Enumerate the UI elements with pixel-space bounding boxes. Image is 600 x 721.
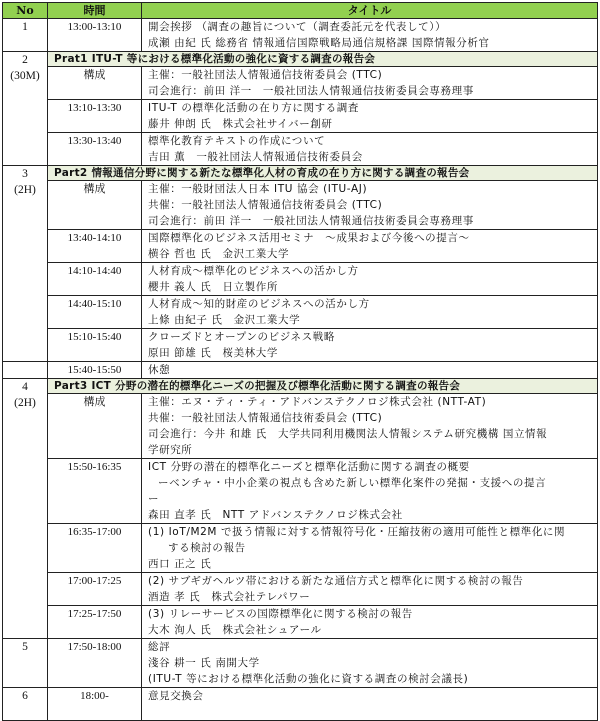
row-time: 15:50-16:35 (48, 459, 142, 524)
table-row: 13:10-13:30 ITU-T の標準化活動の在り方に関する調査 藤井 伸朗… (3, 100, 598, 133)
row-title: 主催：一般財団法人日本 ITU 協会 (ITU-AJ) 共催：一般社団法人情報通… (142, 181, 598, 230)
co-organizer-line: 共催：一般社団法人情報通信技術委員会 (TTC) (148, 410, 591, 426)
row-title: 主催：一般社団法人情報通信技術委員会 (TTC) 司会進行：前田 洋一 一般社団… (142, 67, 598, 100)
title-line: (1) IoT/M2M で扱う情報に対する情報符号化・圧縮技術の適用可能性と標準… (148, 524, 591, 540)
part-title: Part3 ICT 分野の潜在的標準化ニーズの把握及び標準化活動に関する調査の報… (48, 379, 598, 394)
speaker-line: 吉田 薫 一般社団法人情報通信技術委員会 (148, 149, 591, 165)
table-row: 構成 主催：一般社団法人情報通信技術委員会 (TTC) 司会進行：前田 洋一 一… (3, 67, 598, 100)
row-title: ITU-T の標準化活動の在り方に関する調査 藤井 伸朗 氏 株式会社サイバー創… (142, 100, 598, 133)
organizer-line: 主催：一般財団法人日本 ITU 協会 (ITU-AJ) (148, 181, 591, 197)
header-no: No (3, 3, 48, 19)
row-title: 人材育成～知的財産のビジネスへの活かし方 上條 由紀子 氏 金沢工業大学 (142, 296, 598, 329)
title-line: ICT 分野の潜在的標準化ニーズと標準化活動に関する調査の概要 (148, 459, 591, 475)
row-time: 15:40-15:50 (48, 362, 142, 379)
speaker-line: 原田 節雄 氏 桜美林大学 (148, 345, 591, 361)
row-time: 13:30-13:40 (48, 133, 142, 166)
part-title: Prat1 ITU-T 等における標準化活動の強化に資する調査の報告会 (48, 52, 598, 67)
table-row: 1 13:00-13:10 開会挨拶 （調査の趣旨について（調査委託元を代表して… (3, 19, 598, 52)
row-title: ICT 分野の潜在的標準化ニーズと標準化活動に関する調査の概要 ーベンチャ・中小… (142, 459, 598, 524)
title-line: ITU-T の標準化活動の在り方に関する調査 (148, 100, 591, 116)
row-time: 14:10-14:40 (48, 263, 142, 296)
title-line: 人材育成～標準化のビジネスへの活かし方 (148, 263, 591, 279)
table-row: 14:10-14:40 人材育成～標準化のビジネスへの活かし方 櫻井 義人 氏 … (3, 263, 598, 296)
moderator-line: 司会進行：前田 洋一 一般社団法人情報通信技術委員会専務理事 (148, 213, 591, 229)
table-header-row: No 時間 タイトル (3, 3, 598, 19)
section-duration: (2H) (3, 182, 47, 198)
table-row: 構成 主催：一般財団法人日本 ITU 協会 (ITU-AJ) 共催：一般社団法人… (3, 181, 598, 230)
speaker-line: 成瀬 由紀 氏 総務省 情報通信国際戦略局通信規格課 国際情報分析官 (148, 35, 591, 51)
section-part-row: 2 (30M) Prat1 ITU-T 等における標準化活動の強化に資する調査の… (3, 52, 598, 67)
title-line-cont: する検討の報告 (148, 540, 591, 556)
moderator-line: 司会進行：前田 洋一 一般社団法人情報通信技術委員会専務理事 (148, 83, 591, 99)
header-title: タイトル (142, 3, 598, 19)
row-title: (3) リレーサービスの国際標準化に関する検討の報告 大木 洵人 氏 株式会社シ… (142, 606, 598, 639)
title-line: 人材育成～知的財産のビジネスへの活かし方 (148, 296, 591, 312)
table-row: 14:40-15:10 人材育成～知的財産のビジネスへの活かし方 上條 由紀子 … (3, 296, 598, 329)
agenda-document: No 時間 タイトル 1 13:00-13:10 開会挨拶 （調査の趣旨について… (2, 2, 597, 659)
speaker-line: 上條 由紀子 氏 金沢工業大学 (148, 312, 591, 328)
title-line: クローズドとオープンのビジネス戦略 (148, 329, 591, 345)
break-label: 休憩 (148, 362, 591, 378)
row-time: 構成 (48, 394, 142, 459)
table-row: 構成 主催：エヌ・ティ・ティ・アドバンステクノロジ株式会社 (NTT-AT) 共… (3, 394, 598, 459)
break-row: 15:40-15:50 休憩 (3, 362, 598, 379)
row-title: 人材育成～標準化のビジネスへの活かし方 櫻井 義人 氏 日立製作所 (142, 263, 598, 296)
speaker-line: 酒造 孝 氏 株式会社テレパワー (148, 589, 591, 605)
section-duration: (30M) (3, 68, 47, 84)
row-time: 17:50-18:00 (48, 639, 142, 660)
row-time: 構成 (48, 67, 142, 100)
speaker-line: 横谷 哲也 氏 金沢工業大学 (148, 246, 591, 262)
row-title: 開会挨拶 （調査の趣旨について（調査委託元を代表して）） 成瀬 由紀 氏 総務省… (142, 19, 598, 52)
section-no: 4 (2H) (3, 379, 48, 639)
row-time: 13:00-13:10 (48, 19, 142, 52)
row-title: 標準化教育テキストの作成について 吉田 薫 一般社団法人情報通信技術委員会 (142, 133, 598, 166)
table-row: 13:30-13:40 標準化教育テキストの作成について 吉田 薫 一般社団法人… (3, 133, 598, 166)
table-row: 17:25-17:50 (3) リレーサービスの国際標準化に関する検討の報告 大… (3, 606, 598, 639)
section-no: 2 (30M) (3, 52, 48, 166)
table-row: 13:40-14:10 国際標準化のビジネス活用セミナ ～成果および今後への提言… (3, 230, 598, 263)
section-no: 3 (2H) (3, 166, 48, 362)
row-time: 17:00-17:25 (48, 573, 142, 606)
table-row: 5 17:50-18:00 総評 淺谷 耕一 氏 南開大学 (ITU-T 等にお… (3, 639, 598, 660)
row-no: 1 (3, 19, 48, 52)
row-title: 総評 淺谷 耕一 氏 南開大学 (ITU-T 等における標準化活動の強化に資する… (142, 639, 598, 660)
section-part-row: 3 (2H) Part2 情報通信分野に関する新たな標準化人材の育成の在り方に関… (3, 166, 598, 181)
row-time: 14:40-15:10 (48, 296, 142, 329)
table-row: 15:10-15:40 クローズドとオープンのビジネス戦略 原田 節雄 氏 桜美… (3, 329, 598, 362)
section-number: 3 (3, 166, 47, 182)
header-time: 時間 (48, 3, 142, 19)
title-line: 国際標準化のビジネス活用セミナ ～成果および今後への提言～ (148, 230, 591, 246)
section-duration: (2H) (3, 395, 47, 411)
part-title: Part2 情報通信分野に関する新たな標準化人材の育成の在り方に関する調査の報告… (48, 166, 598, 181)
speaker-line: 藤井 伸朗 氏 株式会社サイバー創研 (148, 116, 591, 132)
co-organizer-line: 共催：一般社団法人情報通信技術委員会 (TTC) (148, 197, 591, 213)
row-title: 主催：エヌ・ティ・ティ・アドバンステクノロジ株式会社 (NTT-AT) 共催：一… (142, 394, 598, 459)
section-number: 2 (3, 52, 47, 68)
table-row: 16:35-17:00 (1) IoT/M2M で扱う情報に対する情報符号化・圧… (3, 524, 598, 573)
organizer-line: 主催：エヌ・ティ・ティ・アドバンステクノロジ株式会社 (NTT-AT) (148, 394, 591, 410)
section-number: 4 (3, 379, 47, 395)
speaker-line: 淺谷 耕一 氏 南開大学 (148, 655, 591, 659)
moderator-line-cont: 学研究所 (148, 442, 591, 458)
moderator-line: 司会進行：今井 和雄 氏 大学共同利用機関法人情報システム研究機構 国立情報 (148, 426, 591, 442)
row-title: (2) サブギガヘルツ帯における新たな通信方式と標準化に関する検討の報告 酒造 … (142, 573, 598, 606)
title-line: (3) リレーサービスの国際標準化に関する検討の報告 (148, 606, 591, 622)
row-time: 16:35-17:00 (48, 524, 142, 573)
row-title: 国際標準化のビジネス活用セミナ ～成果および今後への提言～ 横谷 哲也 氏 金沢… (142, 230, 598, 263)
section-part-row: 4 (2H) Part3 ICT 分野の潜在的標準化ニーズの把握及び標準化活動に… (3, 379, 598, 394)
row-title: クローズドとオープンのビジネス戦略 原田 節雄 氏 桜美林大学 (142, 329, 598, 362)
agenda-table: No 時間 タイトル 1 13:00-13:10 開会挨拶 （調査の趣旨について… (2, 2, 598, 659)
speaker-line: 森田 直孝 氏 NTT アドバンステクノロジ株式会社 (148, 507, 591, 523)
table-row: 15:50-16:35 ICT 分野の潜在的標準化ニーズと標準化活動に関する調査… (3, 459, 598, 524)
title-line: 開会挨拶 （調査の趣旨について（調査委託元を代表して）） (148, 19, 591, 35)
speaker-line: 櫻井 義人 氏 日立製作所 (148, 279, 591, 295)
subtitle-line: ーベンチャ・中小企業の視点も含めた新しい標準化案件の発掘・支援への提言 (148, 475, 591, 491)
row-time: 17:25-17:50 (48, 606, 142, 639)
speaker-line: 西口 正之 氏 (148, 556, 591, 572)
row-time: 13:40-14:10 (48, 230, 142, 263)
subtitle-line-end: ー (148, 491, 591, 507)
title-line: 総評 (148, 639, 591, 655)
row-title: (1) IoT/M2M で扱う情報に対する情報符号化・圧縮技術の適用可能性と標準… (142, 524, 598, 573)
organizer-line: 主催：一般社団法人情報通信技術委員会 (TTC) (148, 67, 591, 83)
table-row: 17:00-17:25 (2) サブギガヘルツ帯における新たな通信方式と標準化に… (3, 573, 598, 606)
title-line: 標準化教育テキストの作成について (148, 133, 591, 149)
row-time: 13:10-13:30 (48, 100, 142, 133)
speaker-line: 大木 洵人 氏 株式会社シュアール (148, 622, 591, 638)
row-no: 5 (3, 639, 48, 660)
row-time: 15:10-15:40 (48, 329, 142, 362)
row-time: 構成 (48, 181, 142, 230)
row-title: 休憩 (142, 362, 598, 379)
title-line: (2) サブギガヘルツ帯における新たな通信方式と標準化に関する検討の報告 (148, 573, 591, 589)
row-no (3, 362, 48, 379)
